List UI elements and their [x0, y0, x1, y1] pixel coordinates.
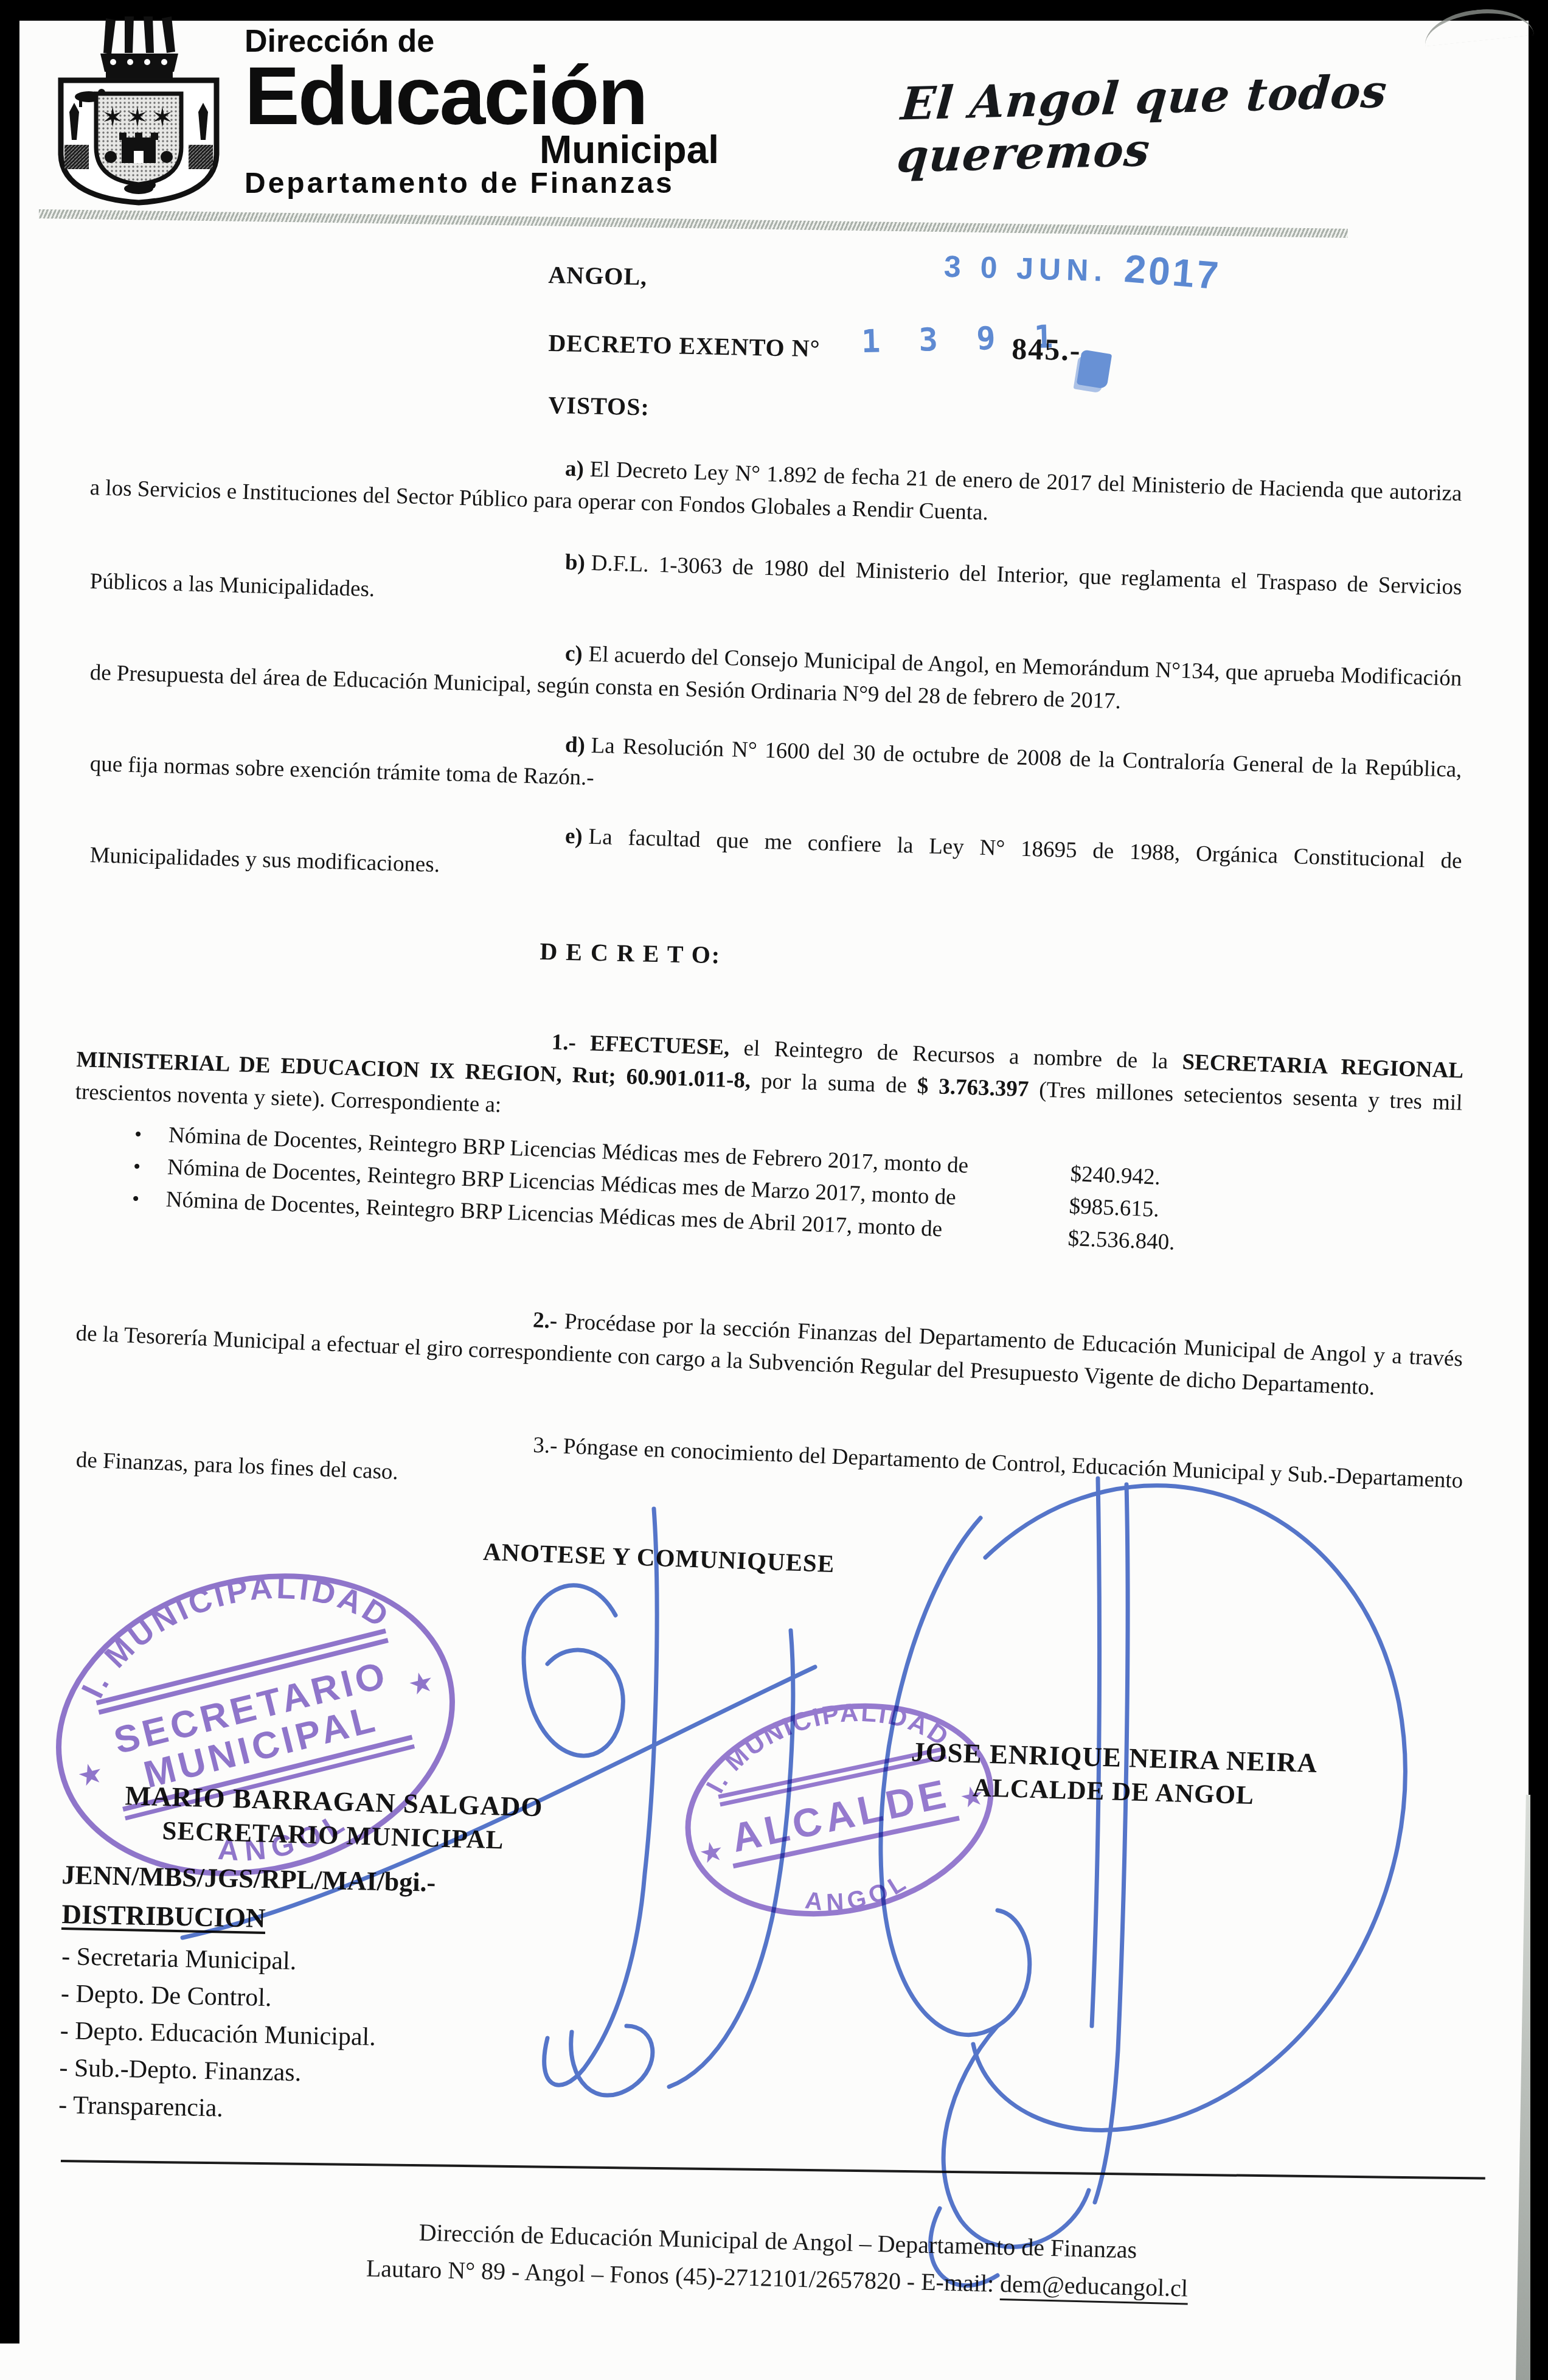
item-text: D.F.L. 1-3063 de 1980 del Ministerio del…	[89, 551, 1462, 602]
scan-edge-left	[0, 0, 19, 2343]
ink-smudge	[1077, 349, 1112, 389]
scan-edge-right	[1529, 7, 1548, 2380]
alcalde-stamp: I. MUNICIPALIDAD ALCALDE ★ ★ ANGOL	[651, 1685, 1034, 1947]
vistos-paragraph-a: a)El Decreto Ley N° 1.892 de fecha 21 de…	[89, 439, 1462, 542]
run: por la suma de	[750, 1068, 917, 1099]
city-slogan: El Angol que todos queremos	[895, 63, 1487, 183]
bullet-icon: •	[134, 1123, 168, 1147]
distribution-item: - Transparencia.	[58, 2087, 375, 2131]
decree-label: DECRETO EXENTO N°	[548, 329, 821, 363]
item-letter: e)	[564, 824, 583, 849]
vistos-paragraph-c: c)El acuerdo del Consejo Municipal de An…	[89, 624, 1462, 727]
bullet-amount: $985.615.	[1069, 1193, 1160, 1223]
distribution-item: - Secretaria Municipal.	[61, 1938, 378, 1982]
vistos-paragraph-d: d)La Resolución N° 1600 del 30 de octubr…	[89, 715, 1462, 818]
item-letter: c)	[564, 641, 583, 667]
bullet-icon: •	[133, 1155, 167, 1180]
crown-icon	[100, 16, 178, 80]
org-line2: Educación	[245, 58, 719, 133]
star-icon: ★	[76, 1758, 105, 1791]
item-number: 2.-	[532, 1307, 558, 1334]
closing-line: ANOTESE Y COMUNIQUESE	[482, 1537, 835, 1578]
stamp-arc-top: I. MUNICIPALIDAD	[57, 1548, 402, 1710]
item-text: El Decreto Ley N° 1.892 de fecha 21 de e…	[89, 457, 1462, 525]
vistos-label: VISTOS:	[548, 391, 650, 421]
secretary-signature-block: MARIO BARRAGAN SALGADO SECRETARIO MUNICI…	[120, 1778, 547, 1859]
scanned-decree-page: ✶✶✶ Dirección de Educación Municipal Dep…	[0, 0, 1548, 2380]
date-stamp-year: 2017	[1123, 246, 1223, 298]
item-letter: d)	[564, 732, 585, 758]
item-text: La Resolución N° 1600 del 30 de octubre …	[89, 733, 1462, 790]
mayor-signature-block: JOSE ENRIQUE NEIRA NEIRA ALCALDE DE ANGO…	[903, 1734, 1325, 1815]
star-icon: ★	[406, 1666, 436, 1700]
stamp-arc-bottom: ANGOL	[798, 1865, 916, 1925]
item-letter: a)	[564, 456, 584, 482]
distribution-list: - Secretaria Municipal. - Depto. De Cont…	[58, 1938, 378, 2131]
angol-coat-of-arms-logo: ✶✶✶	[38, 16, 240, 206]
svg-text:I. MUNICIPALIDAD: I. MUNICIPALIDAD	[57, 1548, 402, 1710]
run-bold: $ 3.763.397	[917, 1073, 1040, 1102]
shield-stars-icon: ✶✶✶	[102, 103, 176, 133]
date-received-stamp: 3 0 JUN.2017	[943, 241, 1222, 294]
decreto-item-3: 3.- Póngase en conocimiento del Departam…	[75, 1411, 1463, 1529]
decree-number-manual: 845.-	[1012, 331, 1081, 367]
item-text: El acuerdo del Consejo Municipal de Ango…	[89, 642, 1462, 714]
date-stamp-day-month: 3 0 JUN.	[943, 249, 1108, 288]
decreto-heading: D E C R E T O:	[540, 937, 721, 969]
distribution-item: - Depto. Educación Municipal.	[60, 2013, 376, 2056]
footer: Dirección de Educación Municipal de Ango…	[254, 2210, 1301, 2309]
footer-email: dem@educangol.cl	[1000, 2270, 1189, 2305]
stamp-center-line1: SECRETARIO	[110, 1654, 393, 1762]
item-text: Procédase por la sección Finanzas del De…	[75, 1309, 1463, 1400]
city-line: ANGOL,	[548, 260, 648, 291]
responsibility-initials: JENN/MBS/JGS/RPL/MAI/bgi.-	[61, 1859, 436, 1898]
org-line4: Departamento de Finanzas	[245, 168, 719, 200]
item-number: 3.-	[533, 1433, 558, 1459]
svg-text:ANGOL: ANGOL	[798, 1865, 916, 1925]
run-bold: 1.- EFECTUESE,	[551, 1029, 730, 1060]
vistos-paragraph-e: e)La facultad que me confiere la Ley N° …	[89, 807, 1462, 910]
item-text: Póngase en conocimiento del Departamento…	[75, 1433, 1463, 1493]
distribution-label: DISTRIBUCION	[61, 1898, 266, 1934]
distribution-item: - Sub.-Depto. Finanzas.	[59, 2050, 375, 2093]
bullet-amount: $240.942.	[1070, 1161, 1161, 1191]
organization-title-block: Dirección de Educación Municipal Departa…	[245, 24, 719, 200]
page-edge-shadow	[1516, 1795, 1530, 2380]
footer-rule	[61, 2160, 1485, 2180]
header-separator	[39, 209, 1348, 238]
bullet-icon: •	[131, 1188, 166, 1212]
bullet-amount: $2.536.840.	[1067, 1225, 1175, 1256]
distribution-item: - Depto. De Control.	[60, 1975, 377, 2019]
run: el Reintegro de Recursos a nombre de la	[729, 1035, 1183, 1074]
item-text: La facultad que me confiere la Ley N° 18…	[89, 824, 1462, 877]
item-letter: b)	[564, 550, 585, 576]
mayor-signature	[881, 1478, 1405, 2286]
decreto-item-2: 2.- Procédase por la sección Finanzas de…	[75, 1285, 1463, 1407]
star-icon: ★	[698, 1837, 725, 1868]
vistos-paragraph-b: b)D.F.L. 1-3063 de 1980 del Ministerio d…	[89, 533, 1462, 636]
